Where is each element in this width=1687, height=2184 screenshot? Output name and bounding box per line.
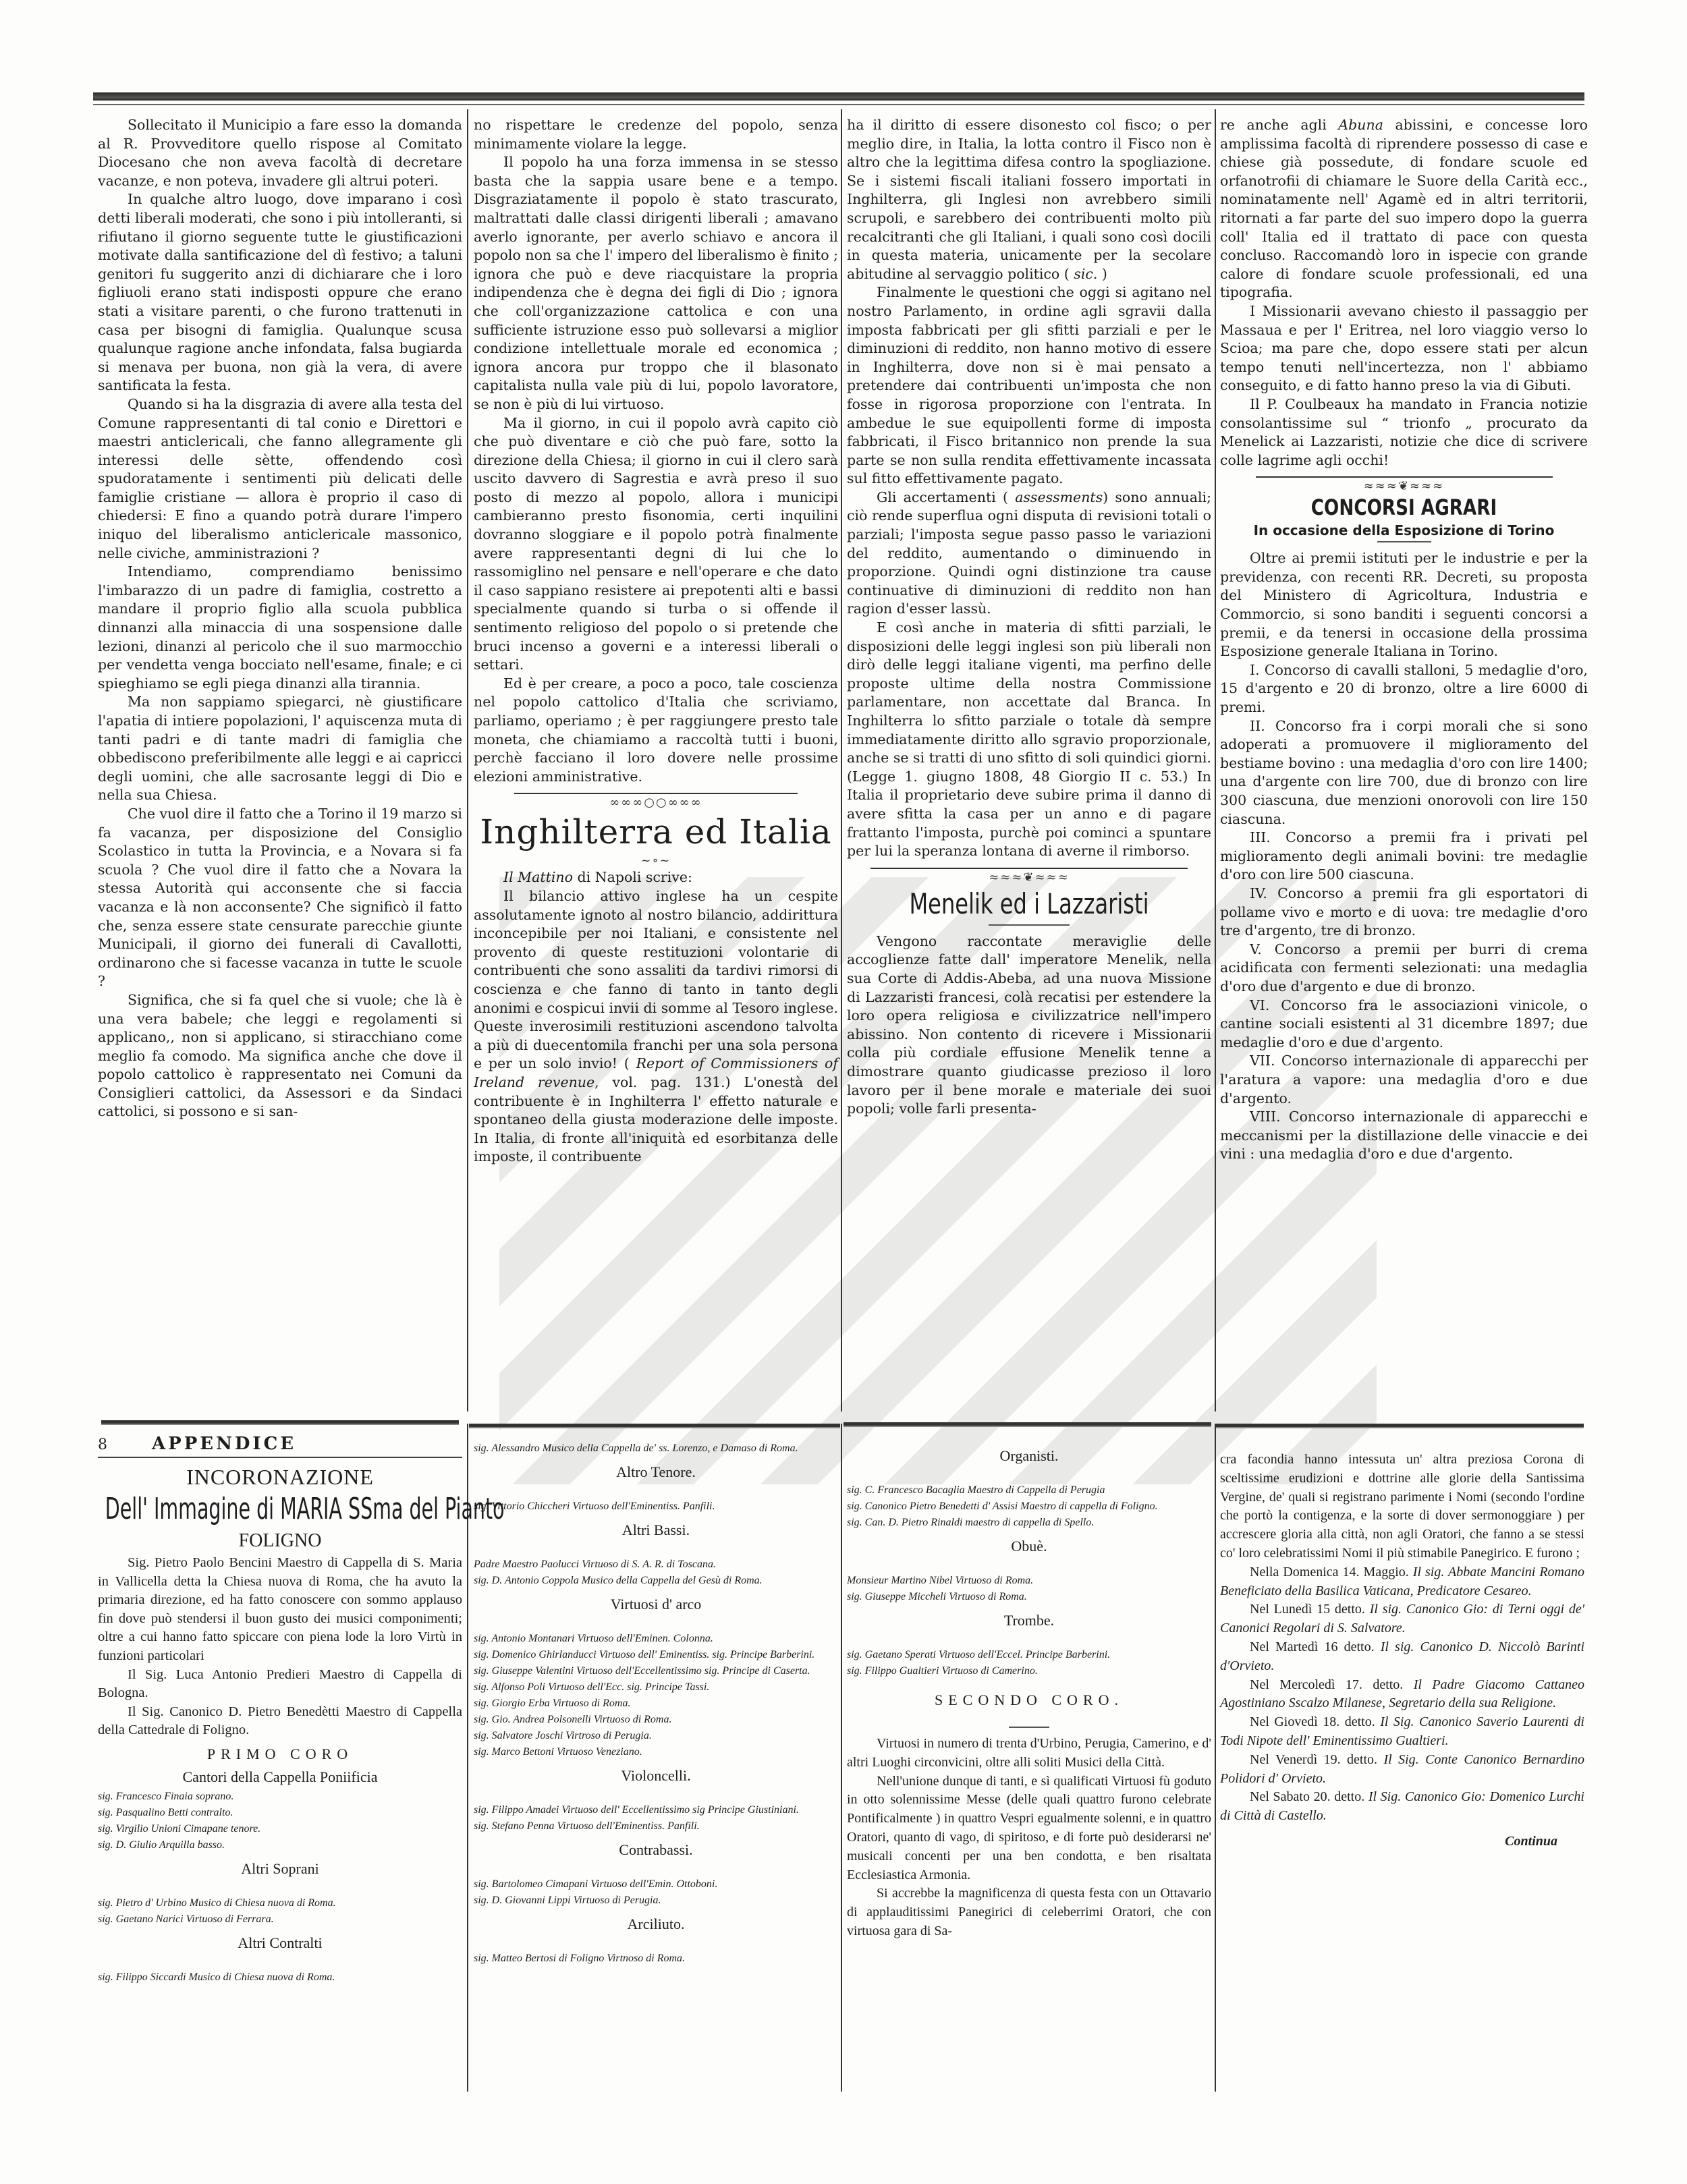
section-heading: Altri Soprani	[98, 1857, 462, 1880]
ornament-rule	[1256, 476, 1553, 478]
list-item: sig. D. Giulio Arquilla basso.	[128, 1837, 462, 1853]
top-rule-thin	[93, 104, 1584, 105]
paragraph: Significa, che si fa quel che si vuole; …	[98, 991, 462, 1121]
list-item: sig. Gaetano Narici Virtuoso di Ferrara.	[128, 1911, 462, 1928]
appendix-column-1: 8 APPENDICE INCORONAZIONE Dell' Immagine…	[98, 1434, 462, 1986]
paragraph: ha il diritto di essere disonesto col fi…	[847, 116, 1211, 283]
list-item: sig. Domenico Ghirlanducci Virtuoso dell…	[503, 1647, 838, 1663]
appendix-column-3: Organisti. sig. C. Francesco Bacaglia Ma…	[847, 1440, 1211, 1941]
column-rule-5	[841, 1424, 842, 2092]
paragraph: Virtuosi in numero di trenta d'Urbino, P…	[847, 1735, 1211, 1772]
paragraph: Il P. Coulbeaux ha mandato in Francia no…	[1220, 395, 1588, 470]
section-rule-4	[1216, 1424, 1584, 1428]
ornament-dots: ∞∞∞○○∞∞∞	[474, 795, 838, 810]
appendix-column-4: cra facondia hanno intessuta un' altra p…	[1220, 1451, 1584, 1865]
list-item: sig. Filippo Amadei Virtuoso dell' Eccel…	[503, 1802, 838, 1818]
section-heading: SECONDO CORO.	[847, 1689, 1211, 1712]
section-heading: Altri Bassi.	[474, 1519, 838, 1542]
list-item: sig. Marco Bettoni Virtuoso Veneziano.	[503, 1744, 838, 1760]
sermon-day: Nella Domenica 14. Maggio. Il sig. Abbat…	[1220, 1563, 1584, 1601]
musician-list: Padre Maestro Paolucci Virtuoso di S. A.…	[474, 1557, 838, 1589]
ornament-rule	[870, 868, 1188, 869]
list-item: sig. Alessandro Musico della Cappella de…	[503, 1440, 838, 1457]
musician-list: sig. Alessandro Musico della Cappella de…	[474, 1440, 838, 1457]
musician-list: sig. Pietro d' Urbino Musico di Chiesa n…	[98, 1895, 462, 1928]
continued-label: Continua	[1220, 1832, 1584, 1851]
article-headline-inghilterra: Inghilterra ed Italia	[474, 810, 838, 853]
section-rule-1	[101, 1420, 459, 1425]
section-heading: Cantori della Cappella Poniificia	[98, 1766, 462, 1789]
paragraph: Sig. Pietro Paolo Bencini Maestro di Cap…	[98, 1554, 462, 1666]
paragraph: Quando si ha la disgrazia di avere alla …	[98, 395, 462, 563]
paragraph: Che vuol dire il fatto che a Torino il 1…	[98, 805, 462, 991]
section-heading: Trombe.	[847, 1609, 1211, 1632]
list-item: sig. Gaetano Sperati Virtuoso dell'Eccel…	[877, 1647, 1211, 1663]
paragraph: Intendiamo, comprendiamo benissimo l'imb…	[98, 563, 462, 693]
appendix-header: 8 APPENDICE	[98, 1434, 462, 1454]
list-item: sig. Giuseppe Miccheli Virtuoso di Roma.	[877, 1589, 1211, 1605]
section-heading: Obuè.	[847, 1535, 1211, 1558]
column-rule-1	[467, 109, 468, 1411]
paragraph: Vengono raccontate meraviglie delle acco…	[847, 932, 1211, 1119]
musician-list: sig. Filippo Siccardi Musico di Chiesa n…	[98, 1969, 462, 1986]
list-item: sig. Salvatore Joschi Virtroso di Perugi…	[503, 1728, 838, 1744]
list-item: sig. Filippo Siccardi Musico di Chiesa n…	[128, 1969, 462, 1986]
musician-list: sig. Gaetano Sperati Virtuoso dell'Eccel…	[847, 1647, 1211, 1679]
list-item: sig. Pasqualino Betti contralto.	[128, 1805, 462, 1821]
paragraph: Nell'unione dunque di tanti, e sì qualif…	[847, 1772, 1211, 1885]
list-item: sig. Stefano Penna Virtuoso dell'Eminent…	[503, 1818, 838, 1835]
ornament-small: ~∘~	[474, 853, 838, 868]
paragraph: Ma il giorno, in cui il popolo avrà capi…	[474, 414, 838, 675]
ornament-small-rule	[1377, 541, 1431, 542]
section-heading: Contrabassi.	[474, 1839, 838, 1861]
sermon-day: Nel Giovedì 18. detto. Il Sig. Canonico …	[1220, 1713, 1584, 1751]
sermon-day: Nel Mercoledì 17. detto. Il Padre Giacom…	[1220, 1676, 1584, 1714]
paragraph: cra facondia hanno intessuta un' altra p…	[1220, 1451, 1584, 1563]
list-item: Padre Maestro Paolucci Virtuoso di S. A.…	[503, 1557, 838, 1573]
article-headline-menelik: Menelik ed i Lazzaristi	[875, 885, 1184, 923]
concorso-item: IV. Concorso a premii fra gli esportator…	[1220, 885, 1588, 941]
paragraph: Oltre ai premii istituti per le industri…	[1220, 549, 1588, 661]
section-heading: Altri Contralti	[98, 1932, 462, 1955]
sermon-day: Nel Martedì 16 detto. Il sig. Canonico D…	[1220, 1638, 1584, 1676]
musician-list: sig. Antonio Montanari Virtuoso dell'Emi…	[474, 1631, 838, 1760]
concorso-item: VI. Concorso fra le associazioni vinicol…	[1220, 997, 1588, 1053]
list-item: sig. Gio. Andrea Polsonelli Virtuoso di …	[503, 1712, 838, 1728]
musician-list: Monsieur Martino Nibel Virtuoso di Roma.…	[847, 1573, 1211, 1605]
paragraph: Finalmente le questioni che oggi si agit…	[847, 283, 1211, 488]
paragraph: Il Sig. Luca Antonio Predieri Maestro di…	[98, 1666, 462, 1703]
concorso-item: I. Concorso di cavalli stalloni, 5 medag…	[1220, 661, 1588, 717]
concorso-item: VII. Concorso internazionale di apparecc…	[1220, 1052, 1588, 1108]
list-item: sig. Canonico Pietro Benedetti d' Assisi…	[877, 1499, 1211, 1515]
section-heading: PRIMO CORO	[98, 1743, 462, 1766]
paragraph: Si accrebbe la magnificenza di questa fe…	[847, 1884, 1211, 1940]
ornament-rule	[514, 793, 798, 794]
source-line: Il Mattino di Napoli scrive:	[474, 868, 838, 887]
list-item: sig. Vittorio Chiccheri Virtuoso dell'Em…	[503, 1499, 838, 1515]
appendix-title: INCORONAZIONE	[98, 1463, 462, 1490]
appendix-rule	[98, 1457, 462, 1458]
musician-list: sig. Matteo Bertosi di Foligno Virtnoso …	[474, 1951, 838, 1967]
appendix-column-2: sig. Alessandro Musico della Cappella de…	[474, 1440, 838, 1967]
column-1: Sollecitato il Municipio a fare esso la …	[98, 116, 462, 1121]
appendix-location: FOLIGNO	[98, 1528, 462, 1554]
musician-list: sig. Francesco Finaia soprano. sig. Pasq…	[98, 1789, 462, 1853]
page-number: 8	[98, 1436, 152, 1453]
source-newspaper: Il Mattino	[503, 869, 573, 885]
paragraph: E così anche in materia di sfitti parzia…	[847, 619, 1211, 861]
paragraph: In qualche altro luogo, dove imparano i …	[98, 190, 462, 395]
list-item: sig. Giuseppe Valentini Virtuoso dell'Ec…	[503, 1663, 838, 1679]
top-rule	[93, 92, 1584, 101]
list-item: sig. Francesco Finaia soprano.	[128, 1789, 462, 1805]
paragraph: re anche agli Abuna abissini, e concesse…	[1220, 116, 1588, 302]
concorso-item: II. Concorso fra i corpi morali che si s…	[1220, 717, 1588, 829]
section-heading: Virtuosi d' arco	[474, 1593, 838, 1616]
list-item: sig. D. Giovanni Lippi Virtuoso di Perug…	[503, 1893, 838, 1909]
section-rule-2	[469, 1424, 840, 1428]
list-item: sig. Filippo Gualtieri Virtuoso di Camer…	[877, 1663, 1211, 1679]
section-rule-3	[843, 1422, 1211, 1427]
section-heading: Organisti.	[847, 1445, 1211, 1467]
list-item: sig. C. Francesco Bacaglia Maestro di Ca…	[877, 1482, 1211, 1499]
list-item: sig. Can. D. Pietro Rinaldi maestro di c…	[877, 1515, 1211, 1531]
paragraph: Ed è per creare, a poco a poco, tale cos…	[474, 675, 838, 787]
sermon-day: Nel Sabato 20. detto. Il Sig. Canonico G…	[1220, 1788, 1584, 1826]
column-4: re anche agli Abuna abissini, e concesse…	[1220, 116, 1588, 1164]
paragraph: I Missionarii avevano chiesto il passagg…	[1220, 302, 1588, 395]
column-2: no rispettare le credenze del popolo, se…	[474, 116, 838, 1167]
list-item: Monsieur Martino Nibel Virtuoso di Roma.	[877, 1573, 1211, 1589]
musician-list: sig. Filippo Amadei Virtuoso dell' Eccel…	[474, 1802, 838, 1835]
section-heading: Arciliuto.	[474, 1913, 838, 1936]
ornament-small-rule	[1009, 1727, 1049, 1728]
column-3: ha il diritto di essere disonesto col fi…	[847, 116, 1211, 1119]
sermon-day: Nel Lunedì 15 detto. Il sig. Canonico Gi…	[1220, 1600, 1584, 1638]
paragraph: Sollecitato il Municipio a fare esso la …	[98, 116, 462, 190]
concorso-item: VIII. Concorso internazionale di apparec…	[1220, 1108, 1588, 1164]
paragraph: Il bilancio attivo inglese ha un cespite…	[474, 887, 838, 1167]
ornament-vine: ≈≈≈❦≈≈≈	[1220, 479, 1588, 494]
paragraph: Ma non sappiamo spiegarci, nè giustifica…	[98, 693, 462, 805]
list-item: sig. D. Antonio Coppola Musico della Cap…	[503, 1573, 838, 1589]
list-item: sig. Matteo Bertosi di Foligno Virtnoso …	[503, 1951, 838, 1967]
appendix-label: APPENDICE	[152, 1434, 296, 1454]
article-subheadline: In occasione della Esposizione di Torino	[1220, 521, 1588, 540]
column-rule-6	[1215, 1424, 1216, 2092]
paragraph: no rispettare le credenze del popolo, se…	[474, 116, 838, 153]
musician-list: sig. Vittorio Chiccheri Virtuoso dell'Em…	[474, 1499, 838, 1515]
paragraph: Il Sig. Canonico D. Pietro Benedètti Mae…	[98, 1703, 462, 1740]
ornament-small-rule	[989, 924, 1070, 926]
musician-list: sig. C. Francesco Bacaglia Maestro di Ca…	[847, 1482, 1211, 1531]
ornament-vine: ≈≈≈❦≈≈≈	[847, 870, 1211, 885]
section-heading: Altro Tenore.	[474, 1461, 838, 1484]
list-item: sig. Bartolomeo Cimapani Virtuoso dell'E…	[503, 1876, 838, 1893]
list-item: sig. Antonio Montanari Virtuoso dell'Emi…	[503, 1631, 838, 1647]
list-item: sig. Virgilio Unioni Cimapane tenore.	[128, 1821, 462, 1837]
column-rule-2	[841, 109, 842, 1411]
list-item: sig. Giorgio Erba Virtuoso di Roma.	[503, 1696, 838, 1712]
concorso-item: V. Concorso a premii per burri di crema …	[1220, 941, 1588, 997]
newspaper-page: Sollecitato il Municipio a fare esso la …	[0, 0, 1687, 2184]
musician-list: sig. Bartolomeo Cimapani Virtuoso dell'E…	[474, 1876, 838, 1909]
list-item: sig. Pietro d' Urbino Musico di Chiesa n…	[128, 1895, 462, 1911]
paragraph: Il popolo ha una forza immensa in se ste…	[474, 153, 838, 414]
paragraph: Gli accertamenti ( assessments) sono ann…	[847, 488, 1211, 619]
sermon-day: Nel Venerdì 19. detto. Il Sig. Conte Can…	[1220, 1751, 1584, 1789]
list-item: sig. Alfonso Poli Virtuoso dell'Ecc. sig…	[503, 1679, 838, 1696]
concorso-item: III. Concorso a premii fra i privati pel…	[1220, 829, 1588, 885]
appendix-subtitle: Dell' Immagine di MARIA SSma del Pianto	[105, 1490, 455, 1528]
article-headline-concorsi: CONCORSI AGRARI	[1253, 494, 1555, 521]
column-rule-3	[1215, 109, 1216, 1411]
section-heading: Violoncelli.	[474, 1764, 838, 1787]
